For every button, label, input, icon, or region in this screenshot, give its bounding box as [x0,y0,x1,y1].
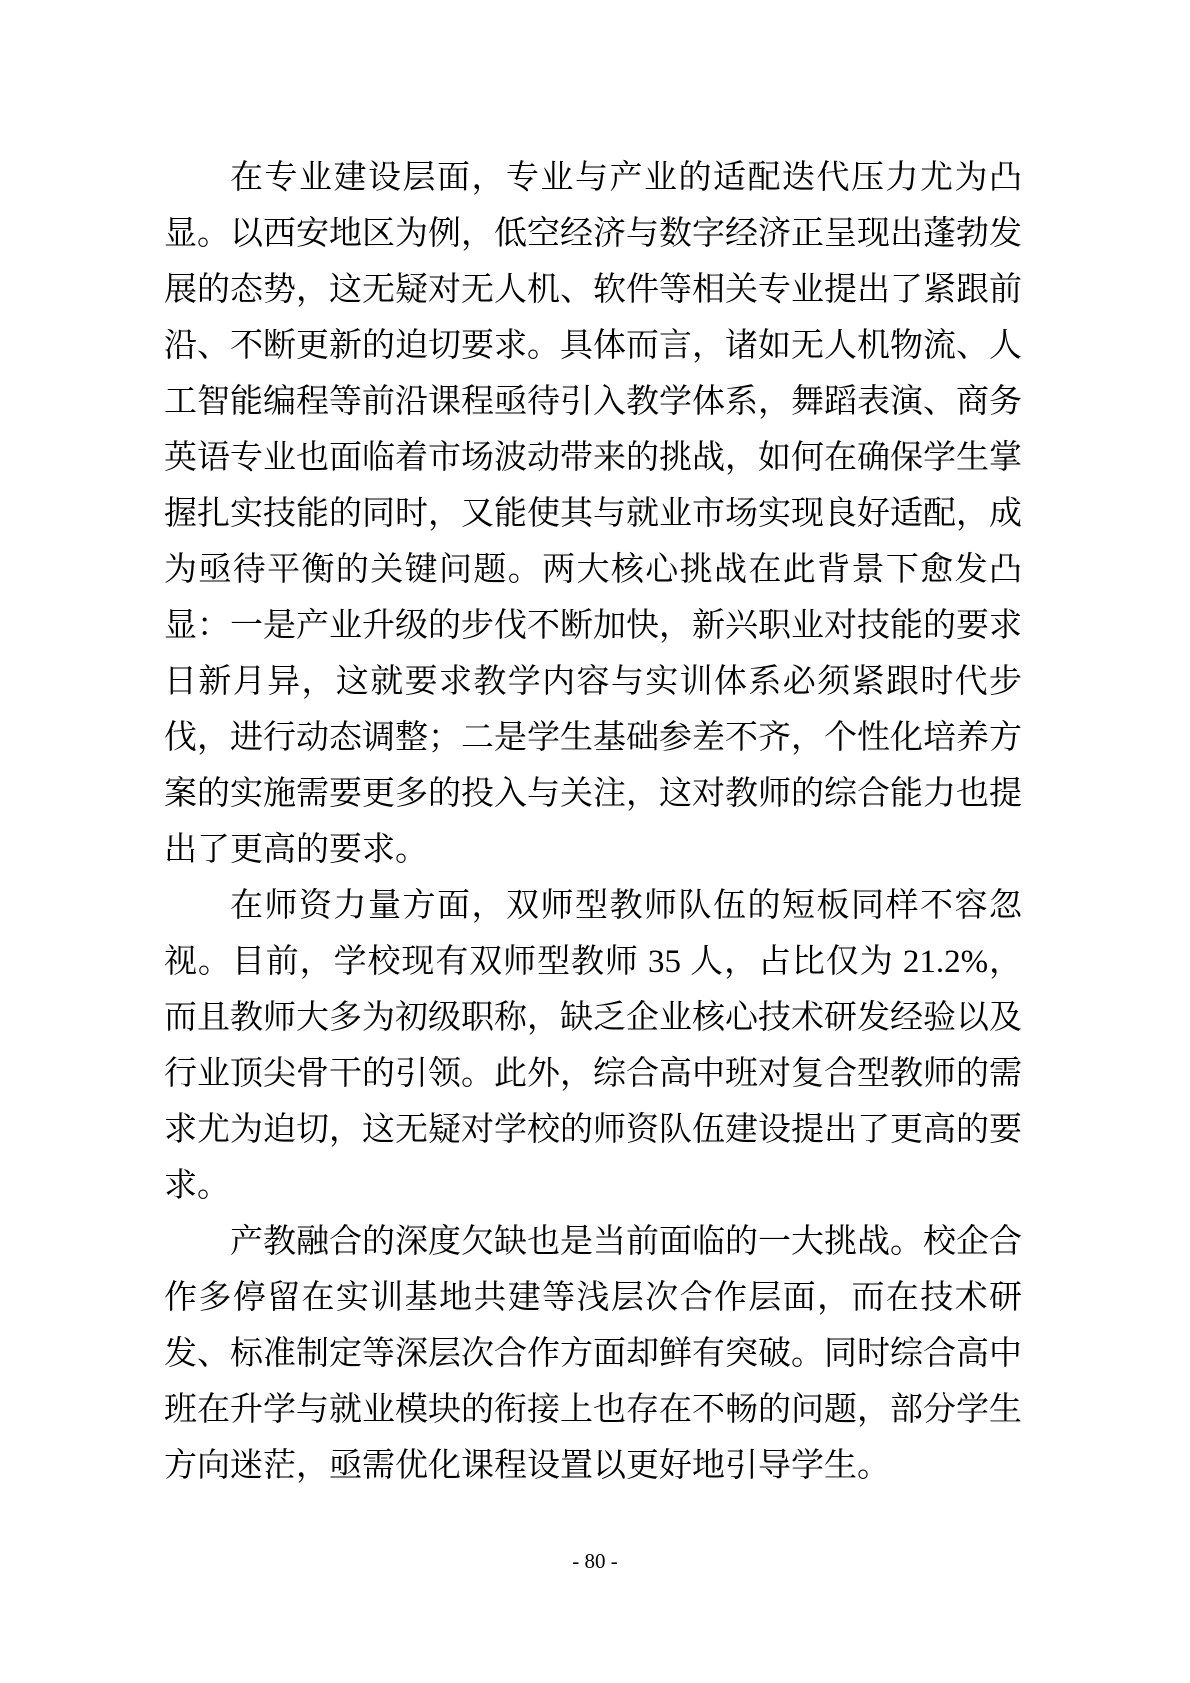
paragraph-professional-development: 在专业建设层面，专业与产业的适配迭代压力尤为凸显。以西安地区为例，低空经济与数字… [164,150,1022,878]
paragraph-industry-education-integration: 产教融合的深度欠缺也是当前面临的一大挑战。校企合作多停留在实训基地共建等浅层次合… [164,1214,1022,1494]
page-body-text: 在专业建设层面，专业与产业的适配迭代压力尤为凸显。以西安地区为例，低空经济与数字… [164,150,1022,1494]
paragraph-teacher-resources: 在师资力量方面，双师型教师队伍的短板同样不容忽视。目前，学校现有双师型教师 35… [164,878,1022,1214]
page-number: - 80 - [0,1547,1190,1575]
document-page: 在专业建设层面，专业与产业的适配迭代压力尤为凸显。以西安地区为例，低空经济与数字… [0,0,1190,1683]
